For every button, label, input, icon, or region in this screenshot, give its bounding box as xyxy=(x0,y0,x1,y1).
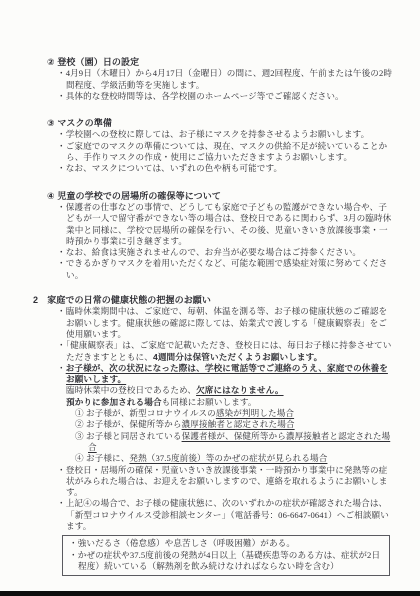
box-bullet-item: ・かぜの症状や37.5度前後の発熱が4日以上（基礎疾患等のある方は、症状が2日程… xyxy=(69,550,383,573)
numbered-case-item: ② お子様が、保健所等から濃厚接触者と認定された場合 xyxy=(75,419,395,430)
numbered-case-item: ③ お子様と同居されている保護者様が、保健所等から濃厚接触者と認定された場合 xyxy=(75,431,395,454)
bullet-item: ・保護者の仕事などの事情で、どうしても家庭で子どもの監護ができない場合や、子ども… xyxy=(57,202,395,247)
text-run: 具体的な登校時間等は、各学校園のホームページ等でご確認ください。 xyxy=(66,91,344,101)
text-run: ③ マスクの準備 xyxy=(47,118,112,128)
text-run: ② お子様が、保健所等から xyxy=(75,419,182,429)
text-run: 欠席にはなりません。 xyxy=(196,385,283,395)
text-run: かぜの症状や37.5度前後の発熱が4日以上（基礎疾患等のある方は、症状が2日程度… xyxy=(78,550,380,571)
bullet-item: ・ご家庭でのマスクの準備については、現在、マスクの供給不足が続いていることから、… xyxy=(57,141,395,164)
subsection-heading: ② 登校（園）日の設定 xyxy=(47,57,395,68)
text-run: 2 家庭での日常の健康状態の把握のお願い xyxy=(33,295,211,305)
text-run: できるかぎりマスクを着用いただくなど、可能な範囲で感染症対策に努めてください。 xyxy=(66,258,388,279)
text-run: 濃厚接触者と認定された場合 xyxy=(182,419,295,429)
scan-edge-artifact xyxy=(0,591,420,596)
text-run: 臨時休業中の登校日であるため、 xyxy=(66,385,196,395)
bullet-item: ・「健康観察表」は、ご家庭で記載いただき、登校日には、毎日お子様に持参させていた… xyxy=(57,340,395,363)
text-run: も同様にお願いします。 xyxy=(162,397,257,407)
text-run: お子様が、次の状況になった際は、学校に電話等でご連絡のうえ、家庭での休養をお願い… xyxy=(66,363,388,384)
symptom-note-box: ・強いだるさ（倦怠感）や息苦しさ（呼吸困難）がある。・かぜの症状や37.5度前後… xyxy=(62,535,390,576)
text-run: 4月9日（木曜日）から4月17日（金曜日）の間に、週2回程度、午前または午後の2… xyxy=(66,68,392,89)
subsection-heading: ③ マスクの準備 xyxy=(47,118,395,129)
bullet-item: ・具体的な登校時間等は、各学校園のホームページ等でご確認ください。 xyxy=(57,91,395,102)
text-run: ② 登校（園）日の設定 xyxy=(47,57,139,67)
text-run: 発熱（37.5度前後）等のかぜの症状が見られる場合 xyxy=(129,453,327,463)
text-run: 上記④の場合で、お子様の健康状態に、次のいずれかの症状が確認された場合は、「新型… xyxy=(66,498,389,531)
bullet-item: ・上記④の場合で、お子様の健康状態に、次のいずれかの症状が確認された場合は、「新… xyxy=(57,498,395,532)
bullet-item: ・できるかぎりマスクを着用いただくなど、可能な範囲で感染症対策に努めてください。 xyxy=(57,258,395,281)
bullet-item: ・なお、給食は実施されませんので、お弁当が必要な場合はご持参ください。 xyxy=(57,247,395,258)
bullet-item: ・学校園への登校に際しては、お子様にマスクを持参させるようお願いします。 xyxy=(57,129,395,140)
text-run: 保護者の仕事などの事情で、どうしても家庭で子どもの監護ができない場合や、子どもが… xyxy=(66,202,392,246)
note-line: 預かりに参加される場合も同様にお願いします。 xyxy=(66,397,395,408)
box-bullet-item: ・強いだるさ（倦怠感）や息苦しさ（呼吸困難）がある。 xyxy=(69,538,383,549)
text-run: ご家庭でのマスクの準備については、現在、マスクの供給不足が続いていることから、手… xyxy=(66,141,388,162)
text-run: なお、給食は実施されませんので、お弁当が必要な場合はご持参ください。 xyxy=(66,247,361,257)
text-run: 4週間分は保管いただくようお願いします。 xyxy=(153,352,322,362)
bullet-item: ・登校日・居場所の確保・児童いきいき放課後事業・一時預かり事業中に発熱等の症状が… xyxy=(57,465,395,499)
text-run: 臨時休業期間中は、ご家庭で、毎朝、体温を測る等、お子様の健康状態のご確認をお願い… xyxy=(66,306,388,339)
section-heading: 2 家庭での日常の健康状態の把握のお願い xyxy=(33,295,395,306)
text-run: ③ お子様と同居されている xyxy=(75,431,182,441)
document-content: ② 登校（園）日の設定・4月9日（木曜日）から4月17日（金曜日）の間に、週2回… xyxy=(33,57,395,576)
text-run: 登校日・居場所の確保・児童いきいき放課後事業・一時預かり事業中に発熱等の症状がみ… xyxy=(66,465,388,498)
text-run: ① お子様が、新型コロナウイルスの xyxy=(75,408,216,418)
text-run: 感染が判明した場合 xyxy=(216,408,294,418)
bullet-item: ・4月9日（木曜日）から4月17日（金曜日）の間に、週2回程度、午前または午後の… xyxy=(57,68,395,91)
text-run: ④ 児童の学校での居場所の確保等について xyxy=(47,191,221,201)
text-run: 預かりに参加される場合 xyxy=(66,397,162,407)
bullet-item: ・臨時休業期間中は、ご家庭で、毎朝、体温を測る等、お子様の健康状態のご確認をお願… xyxy=(57,306,395,340)
note-line: 臨時休業中の登校日であるため、欠席にはなりません。 xyxy=(66,385,395,396)
text-run: ④ お子様に、 xyxy=(75,453,129,463)
text-run: なお、マスクについては、いずれの色や柄も可能です。 xyxy=(66,163,283,173)
text-run: 強いだるさ（倦怠感）や息苦しさ（呼吸困難）がある。 xyxy=(78,538,295,548)
numbered-case-item: ④ お子様に、発熱（37.5度前後）等のかぜの症状が見られる場合 xyxy=(75,453,395,464)
bullet-item: ・なお、マスクについては、いずれの色や柄も可能です。 xyxy=(57,163,395,174)
bullet-item: ・お子様が、次の状況になった際は、学校に電話等でご連絡のうえ、家庭での休養をお願… xyxy=(57,363,395,386)
subsection-heading: ④ 児童の学校での居場所の確保等について xyxy=(47,191,395,202)
numbered-case-item: ① お子様が、新型コロナウイルスの感染が判明した場合 xyxy=(75,408,395,419)
text-run: 学校園への登校に際しては、お子様にマスクを持参させるようお願いします。 xyxy=(66,129,370,139)
document-page: ② 登校（園）日の設定・4月9日（木曜日）から4月17日（金曜日）の間に、週2回… xyxy=(0,0,420,596)
